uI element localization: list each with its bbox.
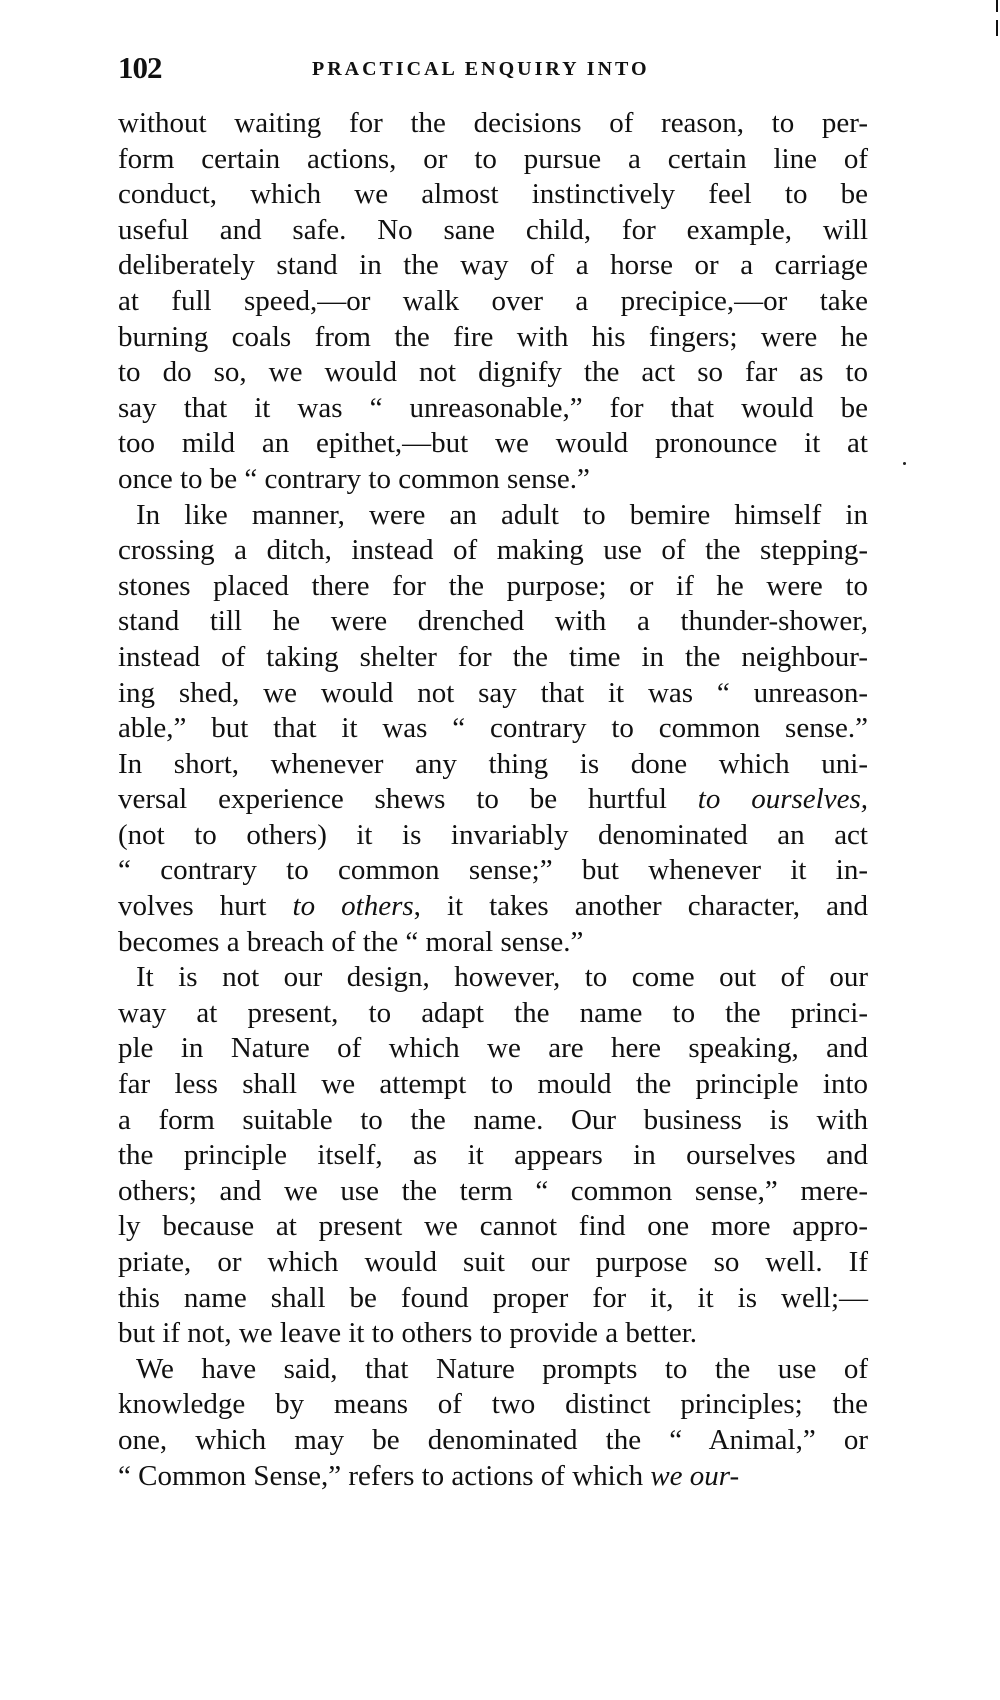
text-segment: stones placed there for the purpose; or …: [118, 570, 868, 602]
text-line: ple in Nature of which we are here speak…: [118, 1031, 868, 1067]
paragraph: We have said, that Nature prompts to the…: [118, 1352, 868, 1494]
text-segment: to do so, we would not dignify the act s…: [118, 356, 868, 388]
text-line: far less shall we attempt to mould the p…: [118, 1067, 868, 1103]
text-line: one, which may be denominated the “ Anim…: [118, 1423, 868, 1459]
text-line: burning coals from the fire with his fin…: [118, 320, 868, 356]
text-segment: but if not, we leave it to others to pro…: [118, 1317, 697, 1349]
italic-text: we our-: [650, 1460, 739, 1492]
text-segment: say that it was “ unreasonable,” for tha…: [118, 392, 868, 424]
text-segment: others; and we use the term “ common sen…: [118, 1175, 868, 1207]
text-line: priate, or which would suit our purpose …: [118, 1245, 868, 1281]
scan-edge-mark: [996, 0, 998, 12]
text-line: able,” but that it was “ contrary to com…: [118, 711, 868, 747]
text-segment: without waiting for the decisions of rea…: [118, 107, 868, 139]
running-head: 102 PRACTICAL ENQUIRY INTO: [118, 50, 868, 90]
text-line: It is not our design, however, to come o…: [118, 960, 868, 996]
paragraph: In like manner, were an adult to bemire …: [118, 498, 868, 961]
paragraph: It is not our design, however, to come o…: [118, 960, 868, 1352]
text-line: becomes a breach of the “ moral sense.”: [118, 925, 868, 961]
text-segment: ing shed, we would not say that it was “…: [118, 677, 868, 709]
text-segment: at full speed,—or walk over a precipice,…: [118, 285, 868, 317]
text-line: to do so, we would not dignify the act s…: [118, 355, 868, 391]
text-line: form certain actions, or to pursue a cer…: [118, 142, 868, 178]
text-line: once to be “ contrary to common sense.”: [118, 462, 868, 498]
text-segment: too mild an epithet,—but we would pronou…: [118, 427, 868, 459]
text-segment: (not to others) it is invariably denomin…: [118, 819, 868, 851]
text-segment: In short, whenever any thing is done whi…: [118, 748, 868, 780]
text-segment: burning coals from the fire with his fin…: [118, 321, 868, 353]
text-line: at full speed,—or walk over a precipice,…: [118, 284, 868, 320]
text-line: others; and we use the term “ common sen…: [118, 1174, 868, 1210]
text-line: deliberately stand in the way of a horse…: [118, 248, 868, 284]
text-line: stand till he were drenched with a thund…: [118, 604, 868, 640]
text-segment: priate, or which would suit our purpose …: [118, 1246, 868, 1278]
text-line: way at present, to adapt the name to the…: [118, 996, 868, 1032]
text-segment: deliberately stand in the way of a horse…: [118, 249, 868, 281]
page-number: 102: [118, 50, 162, 86]
text-segment: , it takes another character, and: [414, 890, 868, 922]
text-line: ly because at present we cannot find one…: [118, 1209, 868, 1245]
text-segment: crossing a ditch, instead of making use …: [118, 534, 868, 566]
scan-speck: [903, 462, 906, 465]
text-segment: way at present, to adapt the name to the…: [118, 997, 868, 1029]
text-line: stones placed there for the purpose; or …: [118, 569, 868, 605]
text-line: “ contrary to common sense;” but wheneve…: [118, 853, 868, 889]
text-segment: versal experience shews to be hurtful: [118, 783, 698, 815]
text-segment: becomes a breach of the “ moral sense.”: [118, 926, 583, 958]
text-segment: “ contrary to common sense;” but wheneve…: [118, 854, 868, 886]
text-line: useful and safe. No sane child, for exam…: [118, 213, 868, 249]
text-segment: useful and safe. No sane child, for exam…: [118, 214, 868, 246]
text-segment: far less shall we attempt to mould the p…: [118, 1068, 868, 1100]
text-line: a form suitable to the name. Our busines…: [118, 1103, 868, 1139]
text-segment: the principle itself, as it appears in o…: [118, 1139, 868, 1171]
text-segment: “ Common Sense,” refers to actions of wh…: [118, 1460, 650, 1492]
text-segment: volves hurt: [118, 890, 293, 922]
text-segment: this name shall be found proper for it, …: [118, 1282, 868, 1314]
book-page: 102 PRACTICAL ENQUIRY INTO without waiti…: [0, 0, 1000, 1700]
paragraph: without waiting for the decisions of rea…: [118, 106, 868, 498]
text-line: We have said, that Nature prompts to the…: [118, 1352, 868, 1388]
text-segment: In like manner, were an adult to bemire …: [136, 499, 868, 531]
text-segment: instead of taking shelter for the time i…: [118, 641, 868, 673]
text-segment: ple in Nature of which we are here speak…: [118, 1032, 868, 1064]
body-text: without waiting for the decisions of rea…: [118, 106, 868, 1494]
italic-text: to ourselves,: [698, 783, 868, 815]
text-line: In like manner, were an adult to bemire …: [118, 498, 868, 534]
scan-edge-mark: [996, 20, 998, 36]
text-line: instead of taking shelter for the time i…: [118, 640, 868, 676]
text-line: ing shed, we would not say that it was “…: [118, 676, 868, 712]
italic-text: to others: [293, 890, 414, 922]
text-line: crossing a ditch, instead of making use …: [118, 533, 868, 569]
text-segment: We have said, that Nature prompts to the…: [136, 1353, 868, 1385]
text-line: say that it was “ unreasonable,” for tha…: [118, 391, 868, 427]
text-line: versal experience shews to be hurtful to…: [118, 782, 868, 818]
running-title: PRACTICAL ENQUIRY INTO: [312, 58, 650, 81]
text-segment: ly because at present we cannot find one…: [118, 1210, 868, 1242]
text-line: too mild an epithet,—but we would pronou…: [118, 426, 868, 462]
text-line: without waiting for the decisions of rea…: [118, 106, 868, 142]
text-segment: once to be “ contrary to common sense.”: [118, 463, 590, 495]
text-segment: knowledge by means of two distinct princ…: [118, 1388, 868, 1420]
text-line: but if not, we leave it to others to pro…: [118, 1316, 868, 1352]
text-line: knowledge by means of two distinct princ…: [118, 1387, 868, 1423]
text-line: this name shall be found proper for it, …: [118, 1281, 868, 1317]
text-segment: a form suitable to the name. Our busines…: [118, 1104, 868, 1136]
text-line: the principle itself, as it appears in o…: [118, 1138, 868, 1174]
text-line: volves hurt to others, it takes another …: [118, 889, 868, 925]
text-segment: conduct, which we almost instinctively f…: [118, 178, 868, 210]
text-line: In short, whenever any thing is done whi…: [118, 747, 868, 783]
text-line: (not to others) it is invariably denomin…: [118, 818, 868, 854]
text-segment: stand till he were drenched with a thund…: [118, 605, 868, 637]
text-line: conduct, which we almost instinctively f…: [118, 177, 868, 213]
text-segment: able,” but that it was “ contrary to com…: [118, 712, 868, 744]
text-segment: It is not our design, however, to come o…: [136, 961, 868, 993]
text-line: “ Common Sense,” refers to actions of wh…: [118, 1459, 868, 1495]
text-segment: one, which may be denominated the “ Anim…: [118, 1424, 868, 1456]
text-segment: form certain actions, or to pursue a cer…: [118, 143, 868, 175]
